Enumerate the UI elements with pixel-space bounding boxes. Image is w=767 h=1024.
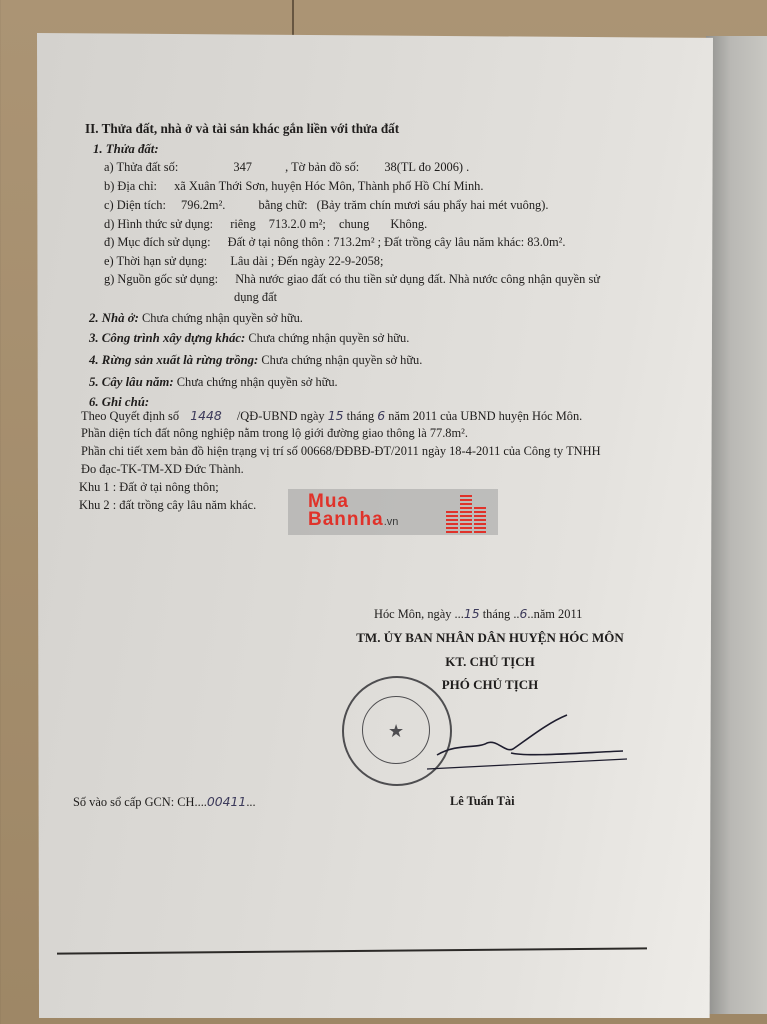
watermark-suffix: .vn [384,516,399,528]
land-heading: 1. Thửa đất: [93,140,159,159]
house-value: Chưa chứng nhận quyền sở hữu. [142,311,303,325]
certificate-content: II. Thửa đất, nhà ở và tài sản khác gắn … [37,33,713,1018]
notes-decision-text-2: /QĐ-UBND ngày [237,409,325,423]
parcel-number-value: 347 [233,159,252,177]
buildings-icon [446,495,486,533]
forest-value: Chưa chứng nhận quyền sở hữu. [261,353,422,367]
land-parcel-row: a) Thửa đất số: 347 , Tờ bản đồ số: 38(T… [104,159,469,177]
address-label: b) Địa chỉ: [104,179,157,193]
next-page-edge [706,36,767,1014]
area-value: 796.2m². [181,197,225,215]
chairman-title: KT. CHỦ TỊCH [340,653,640,672]
notes-line-5: Khu 1 : Đất ở tại nông thôn; [79,479,219,497]
registry-label: Số vào sổ cấp GCN: CH.... [73,795,207,809]
map-sheet-value: 38(TL đo 2006) . [384,159,469,177]
registry-number-handwritten: 00411 [207,794,246,809]
notes-line-4: Đo đạc-TK-TM-XD Đức Thành. [81,461,244,479]
forest-row: 4. Rừng sản xuất là rừng trồng: Chưa chứ… [89,351,422,370]
notes-decision-text: Theo Quyết định số [81,409,179,423]
map-sheet-label: , Tờ bản đồ số: [285,159,359,177]
area-label: c) Diện tích: [104,198,166,212]
notes-line-2: Phần diện tích đất nông nghiệp nằm trong… [81,425,468,443]
authority-title: TM. ỦY BAN NHÂN DÂN HUYỆN HÓC MÔN [340,629,640,648]
watermark-line2: Bannha [308,509,384,530]
origin-row: g) Nguồn gốc sử dụng: Nhà nước giao đất … [104,271,600,289]
signer-name: Lê Tuấn Tài [450,793,515,811]
origin-value-line2: dụng đất [234,289,277,307]
private-label: riêng [230,216,255,234]
place-date-text-3: ..năm 2011 [527,607,582,621]
purpose-label: đ) Mục đích sử dụng: [104,235,211,249]
decision-number-handwritten: 1448 [190,407,222,425]
registry-number: Số vào sổ cấp GCN: CH....00411... [73,793,256,812]
origin-value-line1: Nhà nước giao đất có thu tiền sử dụng đấ… [235,271,600,289]
watermark-text: Mua Bannha.vn [308,493,398,531]
signing-day-handwritten: 15 [464,606,480,621]
bottom-rule [57,947,647,954]
shared-value: Không. [390,216,427,234]
parcel-number-label: a) Thửa đất số: [104,160,178,174]
origin-label: g) Nguồn gốc sử dụng: [104,272,218,286]
perennial-heading: 5. Cây lâu năm: [89,375,174,389]
decision-day-handwritten: 15 [328,408,344,423]
house-heading: 2. Nhà ở: [89,311,139,325]
notes-decision-text-3: tháng [347,409,375,423]
shared-label: chung [339,216,369,234]
private-value: 713.2.0 m²; [269,216,326,234]
term-row: e) Thời hạn sử dụng: Lâu dài ; Đến ngày … [104,253,383,271]
notes-decision-text-4: năm 2011 của UBND huyện Hóc Môn. [388,409,582,423]
term-value: Lâu dài ; Đến ngày 22-9-2058; [230,253,383,271]
registry-suffix: ... [246,795,255,809]
house-row: 2. Nhà ở: Chưa chứng nhận quyền sở hữu. [89,309,303,328]
usage-form-label: d) Hình thức sử dụng: [104,217,213,231]
area-words-label: bằng chữ: [259,197,308,215]
construction-value: Chưa chứng nhận quyền sở hữu. [248,331,409,345]
signature-icon [427,713,627,773]
notes-line-decision: Theo Quyết định số 1448 /QĐ-UBND ngày 15… [81,407,582,426]
star-emblem-icon: ★ [388,718,404,744]
purpose-value: Đất ở tại nông thôn : 713.2m² ; Đất trồn… [228,234,566,252]
purpose-row: đ) Mục đích sử dụng: Đất ở tại nông thôn… [104,234,565,252]
decision-month-handwritten: 6 [377,408,385,423]
notes-line-3: Phần chi tiết xem bản đồ hiện trạng vị t… [81,443,601,461]
perennial-value: Chưa chứng nhận quyền sở hữu. [177,375,338,389]
forest-heading: 4. Rừng sản xuất là rừng trồng: [89,353,258,367]
usage-form-row: d) Hình thức sử dụng: riêng 713.2.0 m²; … [104,216,427,234]
notes-line-6: Khu 2 : đất trồng cây lâu năm khác. [79,497,256,515]
address-value: xã Xuân Thới Sơn, huyện Hóc Môn, Thành p… [174,178,483,196]
certificate-page: II. Thửa đất, nhà ở và tài sản khác gắn … [37,33,713,1018]
area-words-value: (Bảy trăm chín mươi sáu phẩy hai mét vuô… [317,197,549,215]
perennial-row: 5. Cây lâu năm: Chưa chứng nhận quyền sở… [89,373,338,392]
watermark-logo: Mua Bannha.vn [288,489,498,535]
address-row: b) Địa chỉ: xã Xuân Thới Sơn, huyện Hóc … [104,178,483,196]
area-row: c) Diện tích: 796.2m². bằng chữ: (Bảy tr… [104,197,548,215]
place-date-text-2: tháng .. [480,607,520,621]
term-label: e) Thời hạn sử dụng: [104,254,207,268]
place-date: Hóc Môn, ngày ...15 tháng ..6..năm 2011 [374,605,582,624]
section-title: II. Thửa đất, nhà ở và tài sản khác gắn … [85,119,399,138]
construction-heading: 3. Công trình xây dựng khác: [89,331,245,345]
construction-row: 3. Công trình xây dựng khác: Chưa chứng … [89,329,409,348]
place-date-text: Hóc Môn, ngày ... [374,607,464,621]
